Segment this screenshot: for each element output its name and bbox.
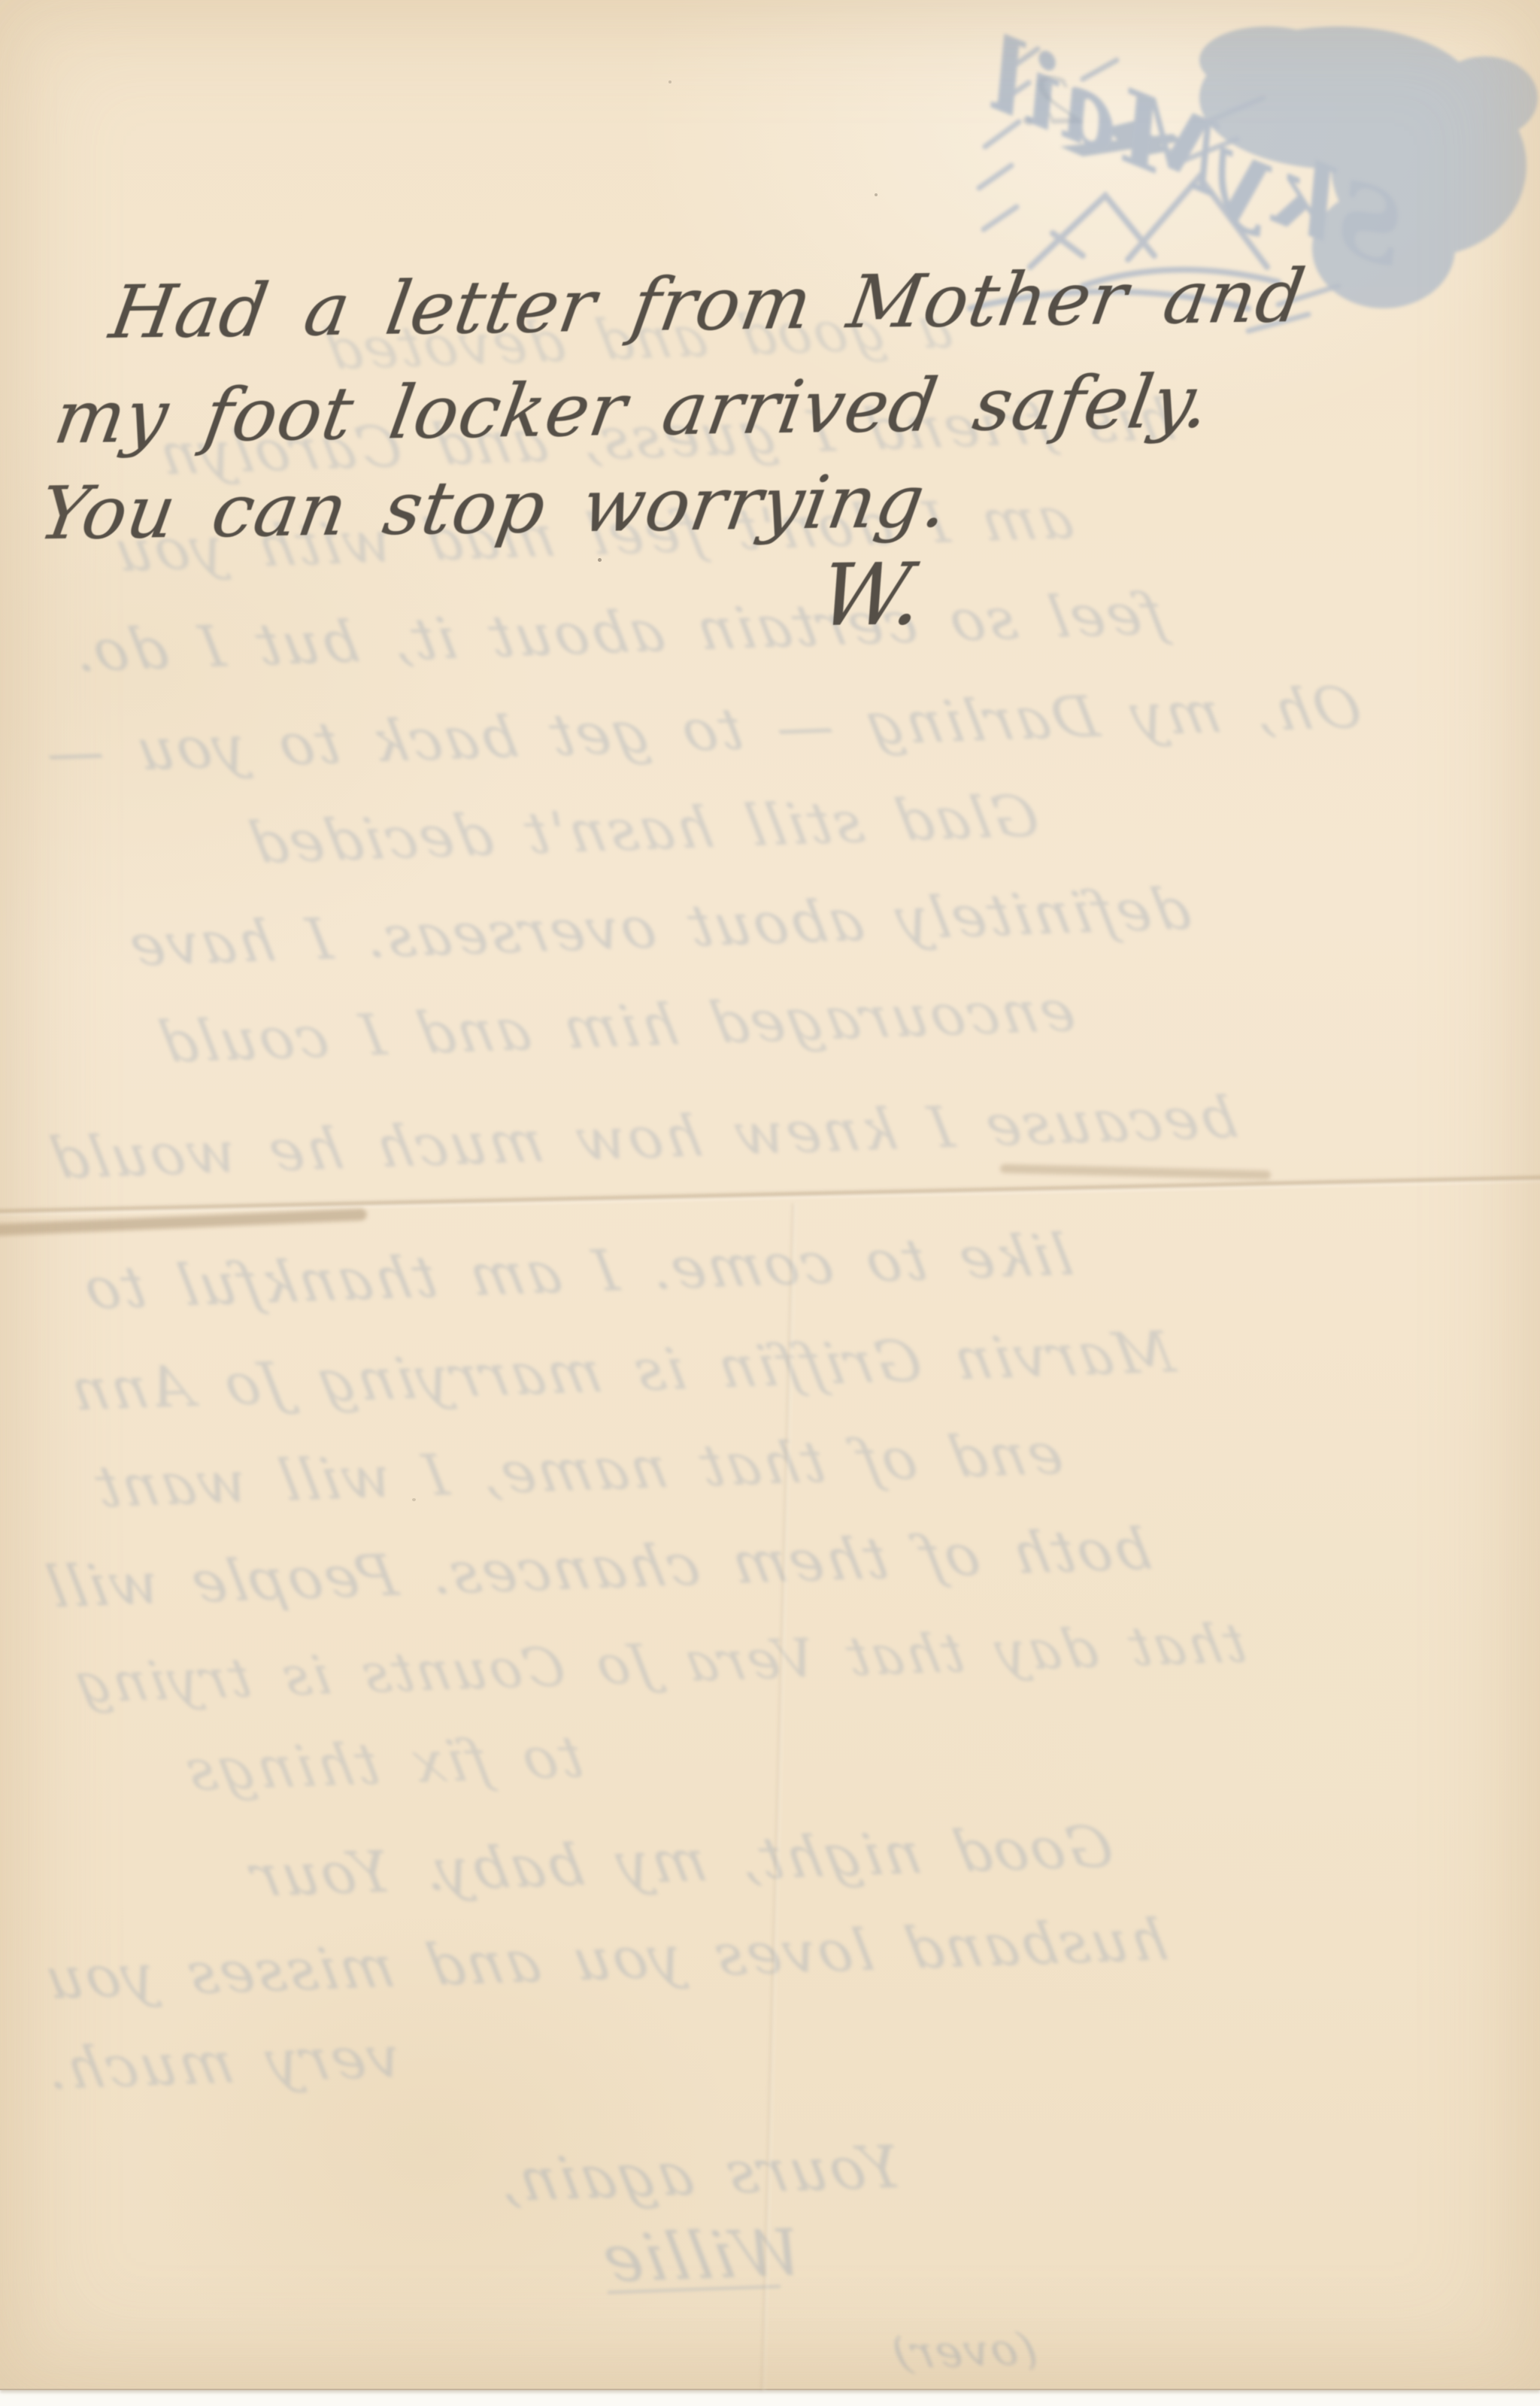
note-line-2: my foot locker arrived safely.	[49, 359, 1217, 460]
bleedthrough-line: end of that name, I will want	[88, 1420, 1068, 1520]
bleedthrough-line: that day that Vera Jo Counts is trying	[68, 1612, 1251, 1715]
note-line-3: You can stop worrying.	[33, 459, 954, 557]
fold-crease-shadow-right	[1000, 1164, 1271, 1180]
paper-speck	[412, 1498, 416, 1501]
bleedthrough-line: Marvin Griffin is marrying Jo Ann	[63, 1318, 1180, 1424]
bleedthrough-line: both of them chances. People will	[39, 1516, 1157, 1621]
bleedthrough-line: husband loves you and misses you	[38, 1906, 1173, 2012]
paper-speck	[598, 558, 602, 562]
paper-speck	[875, 193, 878, 196]
bleedthrough-line: Glad still hasn't decided	[242, 782, 1044, 876]
bleedthrough-line: encouraged him and I could	[152, 977, 1081, 1076]
bleedthrough-line: like to come. I am thankful to	[77, 1221, 1078, 1321]
bleedthrough-line: definitely about overseas. I have	[122, 875, 1196, 979]
bleedthrough-line: feel so certain about it, but I do.	[65, 580, 1170, 684]
bleedthrough-line: to fix things	[178, 1723, 589, 1804]
bleedthrough-over-note: (over)	[886, 2323, 1041, 2379]
bleedthrough-line: Good night, my baby. Your	[244, 1813, 1119, 1909]
letter-scan: SkyMail 2. a good and devotedhis friend …	[0, 0, 1540, 2406]
paper-sheet: SkyMail 2. a good and devotedhis friend …	[0, 0, 1540, 2390]
bleedthrough-line: because I knew how much he would	[43, 1084, 1243, 1192]
paper-speck	[668, 80, 671, 83]
bleedthrough-line: very much.	[38, 2023, 406, 2102]
note-line-1: Had a letter from Mother and	[105, 253, 1311, 355]
bleedthrough-line: Oh, my Darling — to get back to you —	[38, 674, 1367, 787]
bleedthrough-closing-line: Yours again,	[490, 2134, 907, 2215]
note-signature-initial: W.	[813, 544, 931, 645]
